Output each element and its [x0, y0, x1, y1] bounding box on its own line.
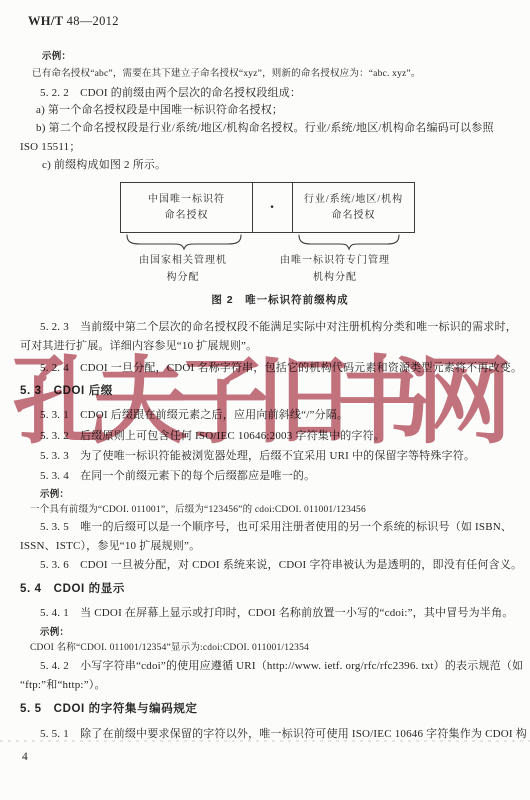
right-cell-line1: 行业/系统/地区/机构	[304, 192, 403, 208]
separator-cell: ·	[253, 183, 293, 232]
page-number: 4	[22, 751, 28, 763]
scan-artifact-band	[0, 740, 530, 742]
clause-5-3-4: 5. 3. 4 在同一个前缀元素下的每个后缀都应是唯一的。	[40, 470, 315, 483]
clause-5-3-2: 5. 3. 2 后缀原则上可包含任何 ISO/IEC 10646:2003 字符…	[40, 430, 385, 443]
left-note-line1: 由国家相关管理机	[117, 252, 249, 269]
clause-5-3-5: 5. 3. 5 唯一的后缀可以是一个顺序号，也可采用注册者使用的另一个系统的标识…	[40, 521, 512, 534]
example-label-3: 示例：	[40, 626, 69, 639]
left-note-line2: 构分配	[117, 269, 249, 286]
left-authority-cell: 中国唯一标识符 命名授权	[121, 183, 253, 232]
separator-dot: ·	[269, 200, 275, 216]
left-cell-line1: 中国唯一标识符	[148, 192, 225, 208]
right-underbrace-icon	[298, 234, 400, 251]
figure-caption: 图 2 唯一标识符前缀构成	[35, 292, 525, 307]
right-note-line1: 由唯一标识符专门管理	[266, 252, 404, 269]
clause-5-3-3: 5. 3. 3 为了使唯一标识符能被浏览器处理，后缀不宜采用 URI 中的保留字…	[40, 450, 475, 463]
clause-5-3-5-cont: ISSN、ISTC），参见“10 扩展规则”。	[20, 540, 200, 553]
clause-5-4-2: 5. 4. 2 小写字符串“cdoi”的使用应遵循 URI（http://www…	[40, 660, 523, 673]
clause-5-4-2-cont: “ftp:”和“http:”）。	[20, 679, 106, 692]
clause-5-2-4: 5. 2. 4 CDOI 一旦分配，CDOI 名称字符串，包括它的机构代码元素和…	[40, 362, 522, 375]
clause-5-4-1: 5. 4. 1 当 CDOI 在屏幕上显示或打印时，CDOI 名称前放置一小写的…	[40, 607, 513, 620]
clause-5-2-3: 5. 2. 3 当前缀中第二个层次的命名授权段不能满足实际中对注册机构分类和唯一…	[40, 321, 517, 334]
prefix-structure-box: 中国唯一标识符 命名授权 · 行业/系统/地区/机构 命名授权	[120, 182, 415, 233]
document-page: WH/T 48—2012 示例： 已有命名授权“abc”，需要在其下建立子命名授…	[0, 0, 530, 800]
left-cell-line2: 命名授权	[165, 208, 209, 224]
clause-5-3-1: 5. 3. 1 CDOI 后缀跟在前缀元素之后，应用向前斜线“/”分隔。	[40, 409, 348, 422]
right-note-line2: 机构分配	[266, 269, 404, 286]
heading-5-4: 5. 4 CDOI 的显示	[20, 583, 125, 596]
left-underbrace-icon	[126, 234, 242, 251]
clause-5-2-3-cont: 可对其进行扩展。详细内容参见“10 扩展规则”。	[20, 340, 257, 353]
right-cell-line2: 命名授权	[332, 208, 376, 224]
heading-5-3: 5. 3 CDOI 后缀	[20, 385, 113, 398]
left-brace-note: 由国家相关管理机 构分配	[117, 252, 249, 286]
clause-5-3-6: 5. 3. 6 CDOI 一旦被分配，对 CDOI 系统来说，CDOI 字符串被…	[40, 559, 522, 572]
right-brace-note: 由唯一标识符专门管理 机构分配	[266, 252, 404, 286]
example-label-2: 示例：	[40, 488, 69, 501]
example-text-3: CDOI 名称“CDOI. 011001/12354”显示为:cdoi:CDOI…	[30, 642, 309, 655]
example-text-2: 一个具有前缀为“CDOI. 011001”，后缀为“123456”的 cdoi:…	[30, 504, 366, 517]
right-authority-cell: 行业/系统/地区/机构 命名授权	[293, 183, 414, 232]
heading-5-5: 5. 5 CDOI 的字符集与编码规定	[20, 703, 198, 716]
